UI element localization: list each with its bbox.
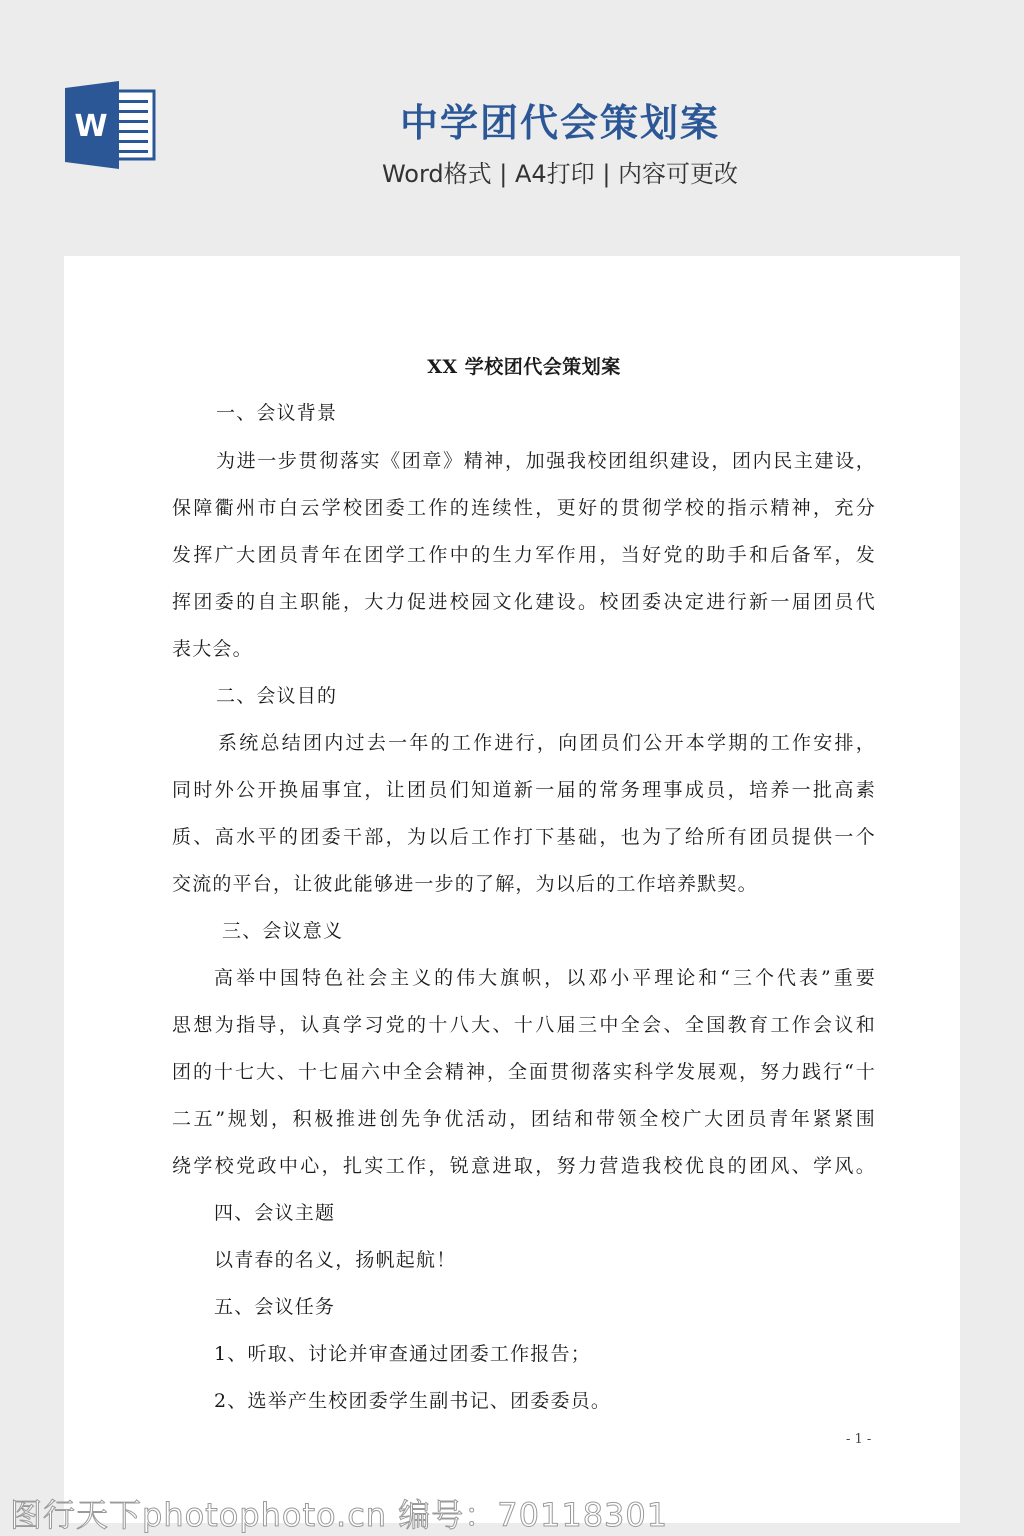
list-item: 1、听取、讨论并审查通过团委工作报告；	[214, 1339, 591, 1366]
page-number: - 1 -	[846, 1432, 871, 1447]
paragraph-line: 质、高水平的团委干部，为以后工作打下基础，也为了给所有团员提供一个	[172, 822, 876, 849]
header-subtitle: Word格式 | A4打印 | 内容可更改	[300, 154, 820, 189]
paragraph-line: 以青春的名义，扬帆起航！	[214, 1245, 456, 1272]
section-heading: 四、会议主题	[214, 1198, 335, 1225]
paragraph-line: 系统总结团内过去一年的工作进行，向团员们公开本学期的工作安排，	[218, 728, 876, 755]
paragraph-line: 同时外公开换届事宜，让团员们知道新一届的常务理事成员，培养一批高素	[172, 775, 876, 802]
document-page: XX 学校团代会策划案 一、会议背景 为进一步贯彻落实《团章》精神，加强我校团组…	[64, 256, 960, 1523]
paragraph-line: 二五”规划，积极推进创先争优活动，团结和带领全校广大团员青年紧紧围	[172, 1104, 876, 1131]
list-item: 2、选举产生校团委学生副书记、团委委员。	[214, 1386, 611, 1413]
paragraph-line: 挥团委的自主职能，大力促进校园文化建设。校团委决定进行新一届团员代	[172, 587, 876, 614]
paragraph-line: 发挥广大团员青年在团学工作中的生力军作用，当好党的助手和后备军，发	[172, 540, 876, 567]
section-heading: 三、会议意义	[222, 916, 343, 943]
paragraph-line: 为进一步贯彻落实《团章》精神，加强我校团组织建设，团内民主建设，	[216, 446, 876, 473]
watermark: 图行天下photophoto.cn 编号：70118301	[10, 1490, 668, 1536]
section-heading: 一、会议背景	[216, 398, 337, 425]
svg-text:W: W	[74, 109, 107, 144]
paragraph-line: 高举中国特色社会主义的伟大旗帜，以邓小平理论和“三个代表”重要	[214, 963, 876, 990]
paragraph-line: 团的十七大、十七届六中全会精神，全面贯彻落实科学发展观，努力践行“十	[172, 1057, 876, 1084]
paragraph-line: 保障衢州市白云学校团委工作的连续性，更好的贯彻学校的指示精神，充分	[172, 493, 876, 520]
section-heading: 五、会议任务	[214, 1292, 335, 1319]
word-icon: W	[64, 80, 158, 170]
paragraph-line: 表大会。	[172, 634, 253, 661]
document-title: XX 学校团代会策划案	[172, 352, 876, 379]
section-heading: 二、会议目的	[216, 681, 337, 708]
paragraph-line: 思想为指导，认真学习党的十八大、十八届三中全会、全国教育工作会议和	[172, 1010, 876, 1037]
paragraph-line: 交流的平台，让彼此能够进一步的了解，为以后的工作培养默契。	[172, 869, 758, 896]
header-title: 中学团代会策划案	[300, 92, 820, 147]
paragraph-line: 绕学校党政中心，扎实工作，锐意进取，努力营造我校优良的团风、学风。	[172, 1151, 876, 1178]
